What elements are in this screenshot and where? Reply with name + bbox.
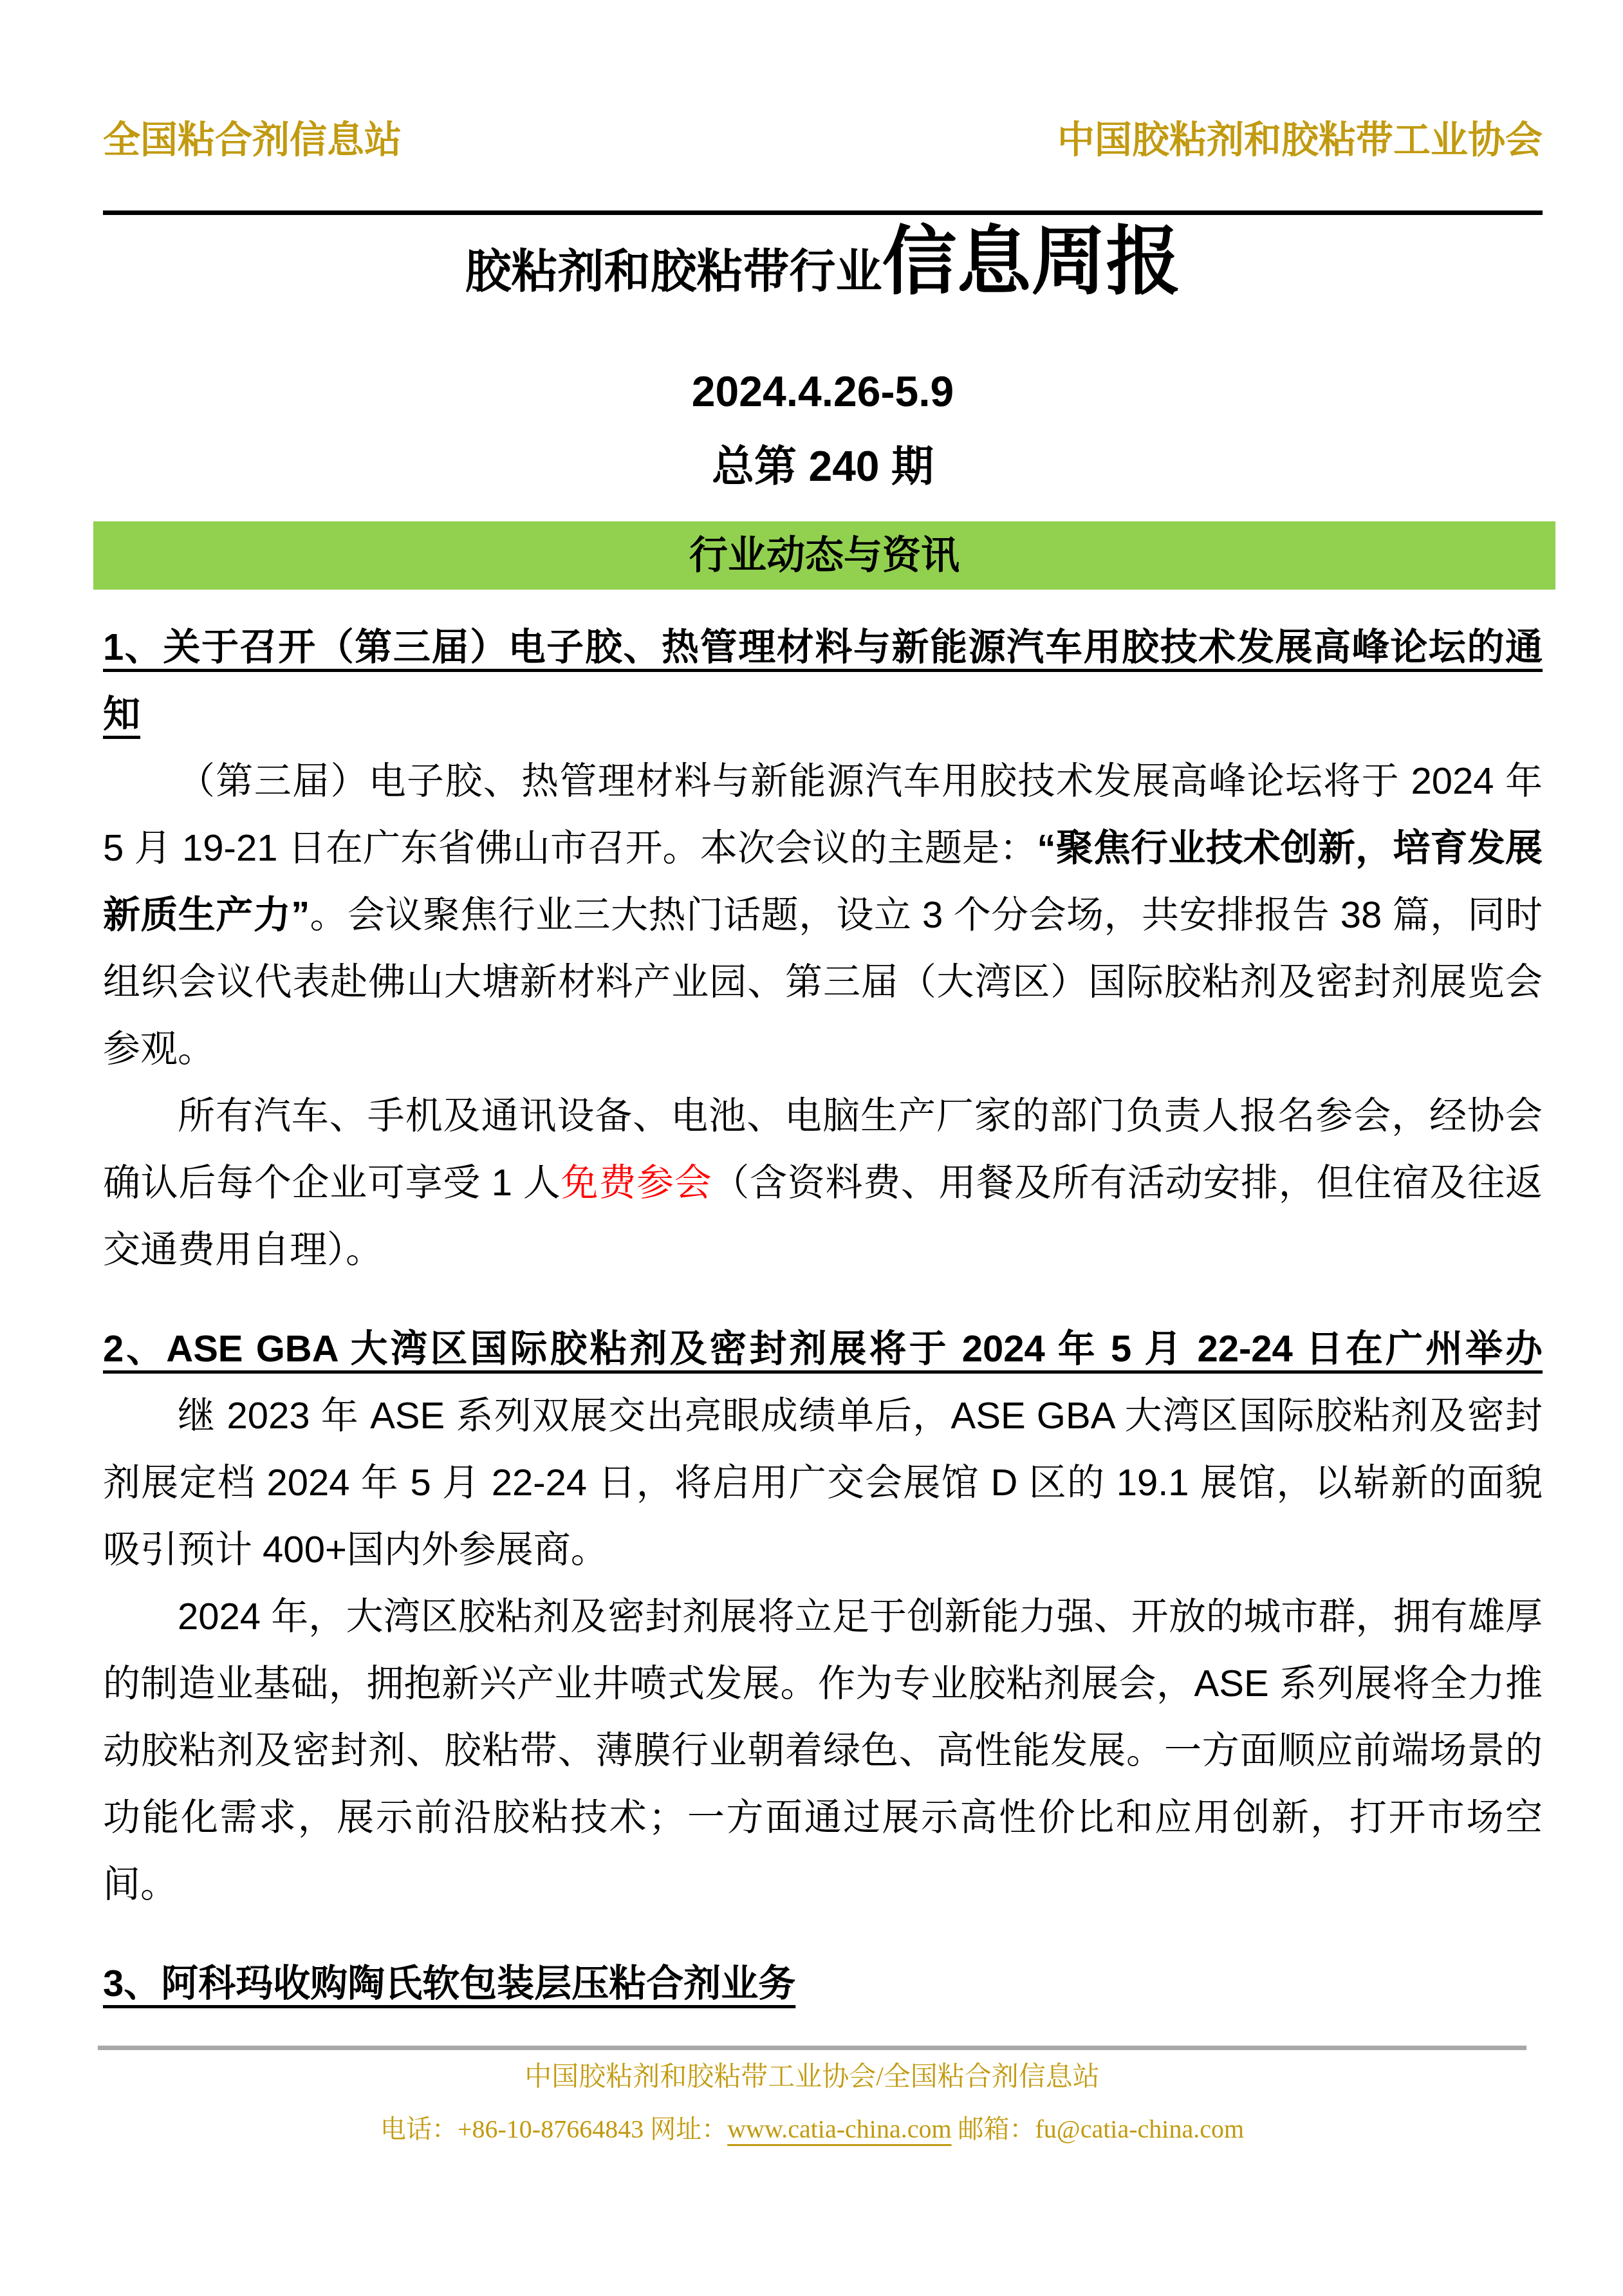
page-header: 全国粘合剂信息站 中国胶粘剂和胶粘带工业协会 [103,0,1543,162]
article-1: 1、关于召开（第三届）电子胶、热管理材料与新能源汽车用胶技术发展高峰论坛的通 知… [103,614,1543,1283]
newsletter-title: 胶粘剂和胶粘带行业信息周报 [103,216,1543,330]
header-right-org: 中国胶粘剂和胶粘带工业协会 [1057,119,1543,162]
article-3: 3、阿科玛收购陶氏软包装层压粘合剂业务 [103,1918,1543,2017]
footer-contact-line: 电话：+86-10-87664843 网址：www.catia-china.co… [98,2113,1526,2145]
article-1-paragraph-2: 所有汽车、手机及通讯设备、电池、电脑生产厂家的部门负责人报名参会，经协会确认后每… [103,1083,1543,1283]
footer-rule [98,2046,1526,2050]
footer-email-label: 邮箱：fu@catia-china.com [952,2114,1244,2143]
footer-url-link[interactable]: www.catia-china.com [727,2114,951,2143]
text-run: 。会议聚焦行业三大热门话题，设立 3 个分会场，共安排报告 38 篇，同时组织会… [103,894,1543,1070]
article-1-paragraph-1: （第三届）电子胶、热管理材料与新能源汽车用胶技术发展高峰论坛将于 2024 年 … [103,748,1543,1083]
article-1-heading-line1: 1、关于召开（第三届）电子胶、热管理材料与新能源汽车用胶技术发展高峰论坛的通 [103,614,1543,681]
footer-phone-label: 电话：+86-10-87664843 网址： [380,2114,727,2143]
article-2-heading: 2、ASE GBA 大湾区国际胶粘剂及密封剂展将于 2024 年 5 月 22-… [103,1316,1543,1383]
article-2-paragraph-1: 继 2023 年 ASE 系列双展交出亮眼成绩单后，ASE GBA 大湾区国际胶… [103,1383,1543,1583]
date-range: 2024.4.26-5.9 [103,367,1543,416]
footer-org-line: 中国胶粘剂和胶粘带工业协会/全国粘合剂信息站 [98,2060,1526,2094]
article-2: 2、ASE GBA 大湾区国际胶粘剂及密封剂展将于 2024 年 5 月 22-… [103,1316,1543,1918]
title-main: 信息周报 [882,219,1181,303]
free-attendance-highlight: 免费参会 [561,1162,712,1204]
issue-number: 总第 240 期 [103,442,1543,490]
header-rule [103,210,1543,215]
title-prefix: 胶粘剂和胶粘带行业 [465,246,882,297]
article-2-paragraph-2: 2024 年，大湾区胶粘剂及密封剂展将立足于创新能力强、开放的城市群，拥有雄厚的… [103,1583,1543,1918]
section-banner: 行业动态与资讯 [93,521,1555,590]
newsletter-page: 全国粘合剂信息站 中国胶粘剂和胶粘带工业协会 胶粘剂和胶粘带行业信息周报 202… [0,0,1623,2296]
article-3-heading: 3、阿科玛收购陶氏软包装层压粘合剂业务 [103,1950,795,2017]
header-left-org: 全国粘合剂信息站 [103,119,402,162]
article-1-heading-line2: 知 [103,681,1543,748]
page-footer: 中国胶粘剂和胶粘带工业协会/全国粘合剂信息站 电话：+86-10-8766484… [98,2046,1526,2145]
